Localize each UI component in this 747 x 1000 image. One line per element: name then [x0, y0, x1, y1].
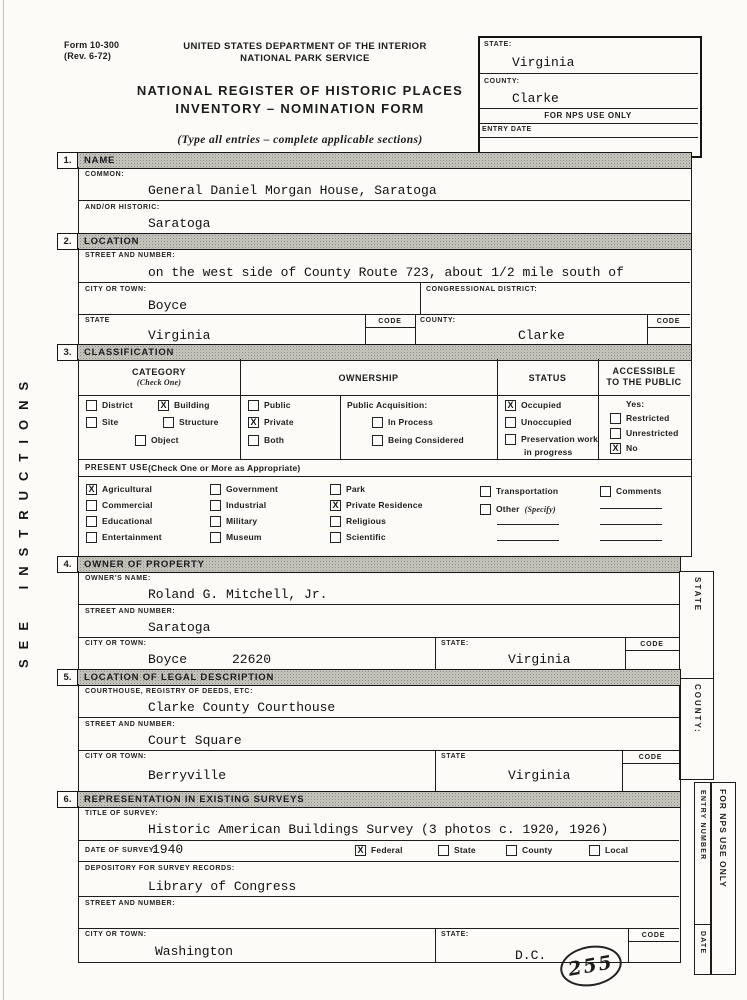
- checkbox-being-considered[interactable]: Being Considered: [372, 435, 464, 446]
- checkbox-box: [248, 400, 259, 411]
- yes-label: Yes:: [626, 400, 644, 409]
- checkbox-box: X: [505, 400, 516, 411]
- checkbox-commercial[interactable]: Commercial: [86, 500, 153, 511]
- see-instructions-vertical-label: SEE INSTRUCTIONS: [17, 372, 30, 668]
- checkbox-box: [480, 486, 491, 497]
- nps-county-label: COUNTY:: [484, 78, 520, 86]
- page-title: NATIONAL REGISTER OF HISTORIC PLACES INV…: [95, 83, 505, 118]
- checkbox-box: [610, 413, 621, 424]
- checkbox-federal[interactable]: X Federal: [355, 845, 403, 856]
- checkbox-entertainment[interactable]: Entertainment: [86, 532, 162, 543]
- checkbox-box: [86, 516, 97, 527]
- side-tab-for-nps-label: FOR NPS USE ONLY: [719, 789, 728, 888]
- checkbox-box: X: [86, 484, 97, 495]
- legal-street-value[interactable]: Court Square: [148, 734, 242, 748]
- checkbox-other[interactable]: Other (Specify): [480, 504, 556, 515]
- checkbox-box: [86, 417, 97, 428]
- checkbox-educational[interactable]: Educational: [86, 516, 152, 527]
- checkbox-box: [210, 484, 221, 495]
- for-nps-use-only-label: FOR NPS USE ONLY: [478, 111, 698, 121]
- blank-line[interactable]: [600, 508, 662, 509]
- ownership-column-header: OWNERSHIP: [240, 373, 497, 384]
- checkbox-box: [210, 532, 221, 543]
- accessible-column-header: ACCESSIBLE TO THE PUBLIC: [598, 366, 690, 389]
- survey-city-label: CITY OR TOWN:: [85, 931, 147, 939]
- checkbox-government[interactable]: Government: [210, 484, 278, 495]
- survey-title-label: TITLE OF SURVEY:: [85, 810, 158, 818]
- courthouse-value[interactable]: Clarke County Courthouse: [148, 701, 335, 715]
- checkbox-box: [505, 417, 516, 428]
- checkbox-box: [86, 532, 97, 543]
- checkbox-box: X: [355, 845, 366, 856]
- side-tab-entry-number-label: ENTRY NUMBER: [699, 790, 706, 860]
- owner-city-label: CITY OR TOWN:: [85, 640, 147, 648]
- checkbox-park[interactable]: Park: [330, 484, 365, 495]
- checkbox-preservation-work[interactable]: Preservation work: [505, 434, 598, 445]
- legal-state-value[interactable]: Virginia: [508, 769, 570, 783]
- section-6-number: 6.: [58, 792, 78, 807]
- checkbox-box: [372, 417, 383, 428]
- checkbox-agricultural[interactable]: X Agricultural: [86, 484, 152, 495]
- owner-code-label: CODE: [625, 641, 679, 648]
- checkbox-local-level[interactable]: Local: [589, 845, 628, 856]
- section-4-number: 4.: [58, 557, 78, 572]
- section-2-title: LOCATION: [78, 234, 139, 249]
- checkbox-private[interactable]: X Private: [248, 417, 294, 428]
- form-number: Form 10-300 (Rev. 6-72): [64, 40, 119, 63]
- common-name-label: COMMON:: [85, 171, 124, 179]
- side-tab-county-label: COUNTY:: [693, 684, 701, 734]
- legal-city-label: CITY OR TOWN:: [85, 753, 147, 761]
- checkbox-box: [210, 500, 221, 511]
- city-label: CITY OR TOWN:: [85, 286, 147, 294]
- street-label: STREET AND NUMBER:: [85, 252, 175, 260]
- checkbox-box: X: [248, 417, 259, 428]
- in-progress-label: in progress: [524, 448, 573, 457]
- state-code-label: CODE: [365, 318, 415, 325]
- legal-city-value[interactable]: Berryville: [148, 769, 226, 783]
- survey-state-label: STATE:: [441, 931, 469, 939]
- status-column-header: STATUS: [497, 373, 598, 384]
- blank-line[interactable]: [600, 524, 662, 525]
- nps-state-label: STATE:: [484, 41, 512, 49]
- department-heading: UNITED STATES DEPARTMENT OF THE INTERIOR…: [140, 41, 470, 66]
- checkbox-box: [210, 516, 221, 527]
- survey-date-value[interactable]: 1940: [152, 843, 183, 857]
- blank-line[interactable]: [497, 540, 559, 541]
- legal-code-label: CODE: [622, 754, 679, 761]
- state-label: STATE: [85, 317, 110, 325]
- checkbox-industrial[interactable]: Industrial: [210, 500, 266, 511]
- checkbox-county-level[interactable]: County: [506, 845, 552, 856]
- survey-code-label: CODE: [628, 932, 679, 939]
- section-4-title: OWNER OF PROPERTY: [78, 557, 205, 572]
- checkbox-box: [135, 435, 146, 446]
- depository-value[interactable]: Library of Congress: [148, 880, 296, 894]
- section-1-number: 1.: [58, 153, 78, 168]
- section-5-number: 5.: [58, 670, 78, 685]
- county-value[interactable]: Clarke: [518, 329, 565, 343]
- checkbox-box: [86, 500, 97, 511]
- survey-city-value[interactable]: Washington: [155, 945, 233, 959]
- checkbox-box: [86, 400, 97, 411]
- checkbox-box: [438, 845, 449, 856]
- checkbox-private-residence[interactable]: X Private Residence: [330, 500, 423, 511]
- county-label: COUNTY:: [420, 317, 456, 325]
- checkbox-site[interactable]: Site: [86, 417, 118, 428]
- historic-name-label: AND/OR HISTORIC:: [85, 204, 160, 212]
- survey-state-value[interactable]: D.C.: [515, 949, 546, 963]
- section-6-title: REPRESENTATION IN EXISTING SURVEYS: [78, 792, 304, 807]
- category-column-header: CATEGORY (Check One): [78, 367, 240, 388]
- checkbox-box: [589, 845, 600, 856]
- county-code-label: CODE: [647, 318, 690, 325]
- present-use-sublabel: (Check One or More as Appropriate): [148, 464, 300, 473]
- side-tab-state-label: STATE: [693, 577, 701, 612]
- owner-city-value[interactable]: Boyce: [148, 653, 187, 667]
- city-value[interactable]: Boyce: [148, 299, 187, 313]
- checkbox-scientific[interactable]: Scientific: [330, 532, 386, 543]
- section-2-number: 2.: [58, 234, 78, 249]
- survey-date-label: DATE OF SURVEY:: [85, 847, 157, 855]
- checkbox-structure[interactable]: Structure: [163, 417, 219, 428]
- checkbox-box: [372, 435, 383, 446]
- checkbox-public[interactable]: Public: [248, 400, 291, 411]
- checkbox-restricted[interactable]: Restricted: [610, 413, 670, 424]
- owner-name-label: OWNER'S NAME:: [85, 575, 151, 583]
- checkbox-transportation[interactable]: Transportation: [480, 486, 558, 497]
- congressional-district-label: CONGRESSIONAL DISTRICT:: [426, 286, 537, 294]
- street-value[interactable]: on the west side of County Route 723, ab…: [148, 266, 624, 280]
- checkbox-military[interactable]: Military: [210, 516, 257, 527]
- checkbox-box: X: [330, 500, 341, 511]
- owner-zip-value[interactable]: 22620: [232, 653, 271, 667]
- checkbox-box: [330, 516, 341, 527]
- checkbox-comments[interactable]: Comments: [600, 486, 662, 497]
- checkbox-occupied[interactable]: X Occupied: [505, 400, 561, 411]
- checkbox-box: [480, 504, 491, 515]
- section-3-title: CLASSIFICATION: [78, 345, 174, 360]
- checkbox-unrestricted[interactable]: Unrestricted: [610, 428, 678, 439]
- legal-street-label: STREET AND NUMBER:: [85, 721, 175, 729]
- survey-street-label: STREET AND NUMBER:: [85, 900, 175, 908]
- scanned-form-page: Form 10-300 (Rev. 6-72) UNITED STATES DE…: [0, 0, 747, 1000]
- checkbox-box: [163, 417, 174, 428]
- legal-state-label: STATE: [441, 753, 466, 761]
- checkbox-in-process[interactable]: In Process: [372, 417, 433, 428]
- checkbox-box: [600, 486, 611, 497]
- checkbox-box: [330, 484, 341, 495]
- public-acquisition-label: Public Acquisition:: [347, 401, 427, 410]
- entry-date-label: ENTRY DATE: [482, 126, 532, 134]
- checkbox-museum[interactable]: Museum: [210, 532, 262, 543]
- checkbox-box: [505, 434, 516, 445]
- checkbox-box: X: [610, 443, 621, 454]
- present-use-label: PRESENT USE: [85, 464, 148, 472]
- section-5-title: LOCATION OF LEGAL DESCRIPTION: [78, 670, 274, 685]
- owner-street-label: STREET AND NUMBER:: [85, 608, 175, 616]
- checkbox-no[interactable]: X No: [610, 443, 638, 454]
- checkbox-box: [330, 532, 341, 543]
- depository-label: DEPOSITORY FOR SURVEY RECORDS:: [85, 865, 235, 873]
- checkbox-box: [506, 845, 517, 856]
- historic-name-value[interactable]: Saratoga: [148, 217, 210, 231]
- nps-county-value[interactable]: Clarke: [512, 92, 559, 106]
- owner-state-label: STATE:: [441, 640, 469, 648]
- section-1-title: NAME: [78, 153, 115, 168]
- checkbox-box: [248, 435, 259, 446]
- owner-state-value[interactable]: Virginia: [508, 653, 570, 667]
- checkbox-district[interactable]: District: [86, 400, 133, 411]
- state-value[interactable]: Virginia: [148, 329, 210, 343]
- blank-line[interactable]: [600, 540, 662, 541]
- checkbox-state-level[interactable]: State: [438, 845, 476, 856]
- side-tab-date-label: DATE: [699, 931, 706, 954]
- type-instructions-note: (Type all entries – complete applicable …: [95, 134, 505, 148]
- checkbox-both[interactable]: Both: [248, 435, 284, 446]
- survey-title-value[interactable]: Historic American Buildings Survey (3 ph…: [148, 823, 608, 837]
- checkbox-building[interactable]: X Building: [158, 400, 210, 411]
- checkbox-box: [610, 428, 621, 439]
- blank-line[interactable]: [497, 524, 559, 525]
- section-3-number: 3.: [58, 345, 78, 360]
- checkbox-box: X: [158, 400, 169, 411]
- checkbox-object[interactable]: Object: [135, 435, 179, 446]
- scan-edge-line: [3, 0, 4, 1000]
- checkbox-unoccupied[interactable]: Unoccupied: [505, 417, 572, 428]
- owner-street-value[interactable]: Saratoga: [148, 621, 210, 635]
- nps-state-value[interactable]: Virginia: [512, 56, 574, 70]
- courthouse-label: COURTHOUSE, REGISTRY OF DEEDS, ETC:: [85, 688, 253, 696]
- checkbox-religious[interactable]: Religious: [330, 516, 386, 527]
- common-name-value[interactable]: General Daniel Morgan House, Saratoga: [148, 184, 437, 198]
- owner-name-value[interactable]: Roland G. Mitchell, Jr.: [148, 588, 327, 602]
